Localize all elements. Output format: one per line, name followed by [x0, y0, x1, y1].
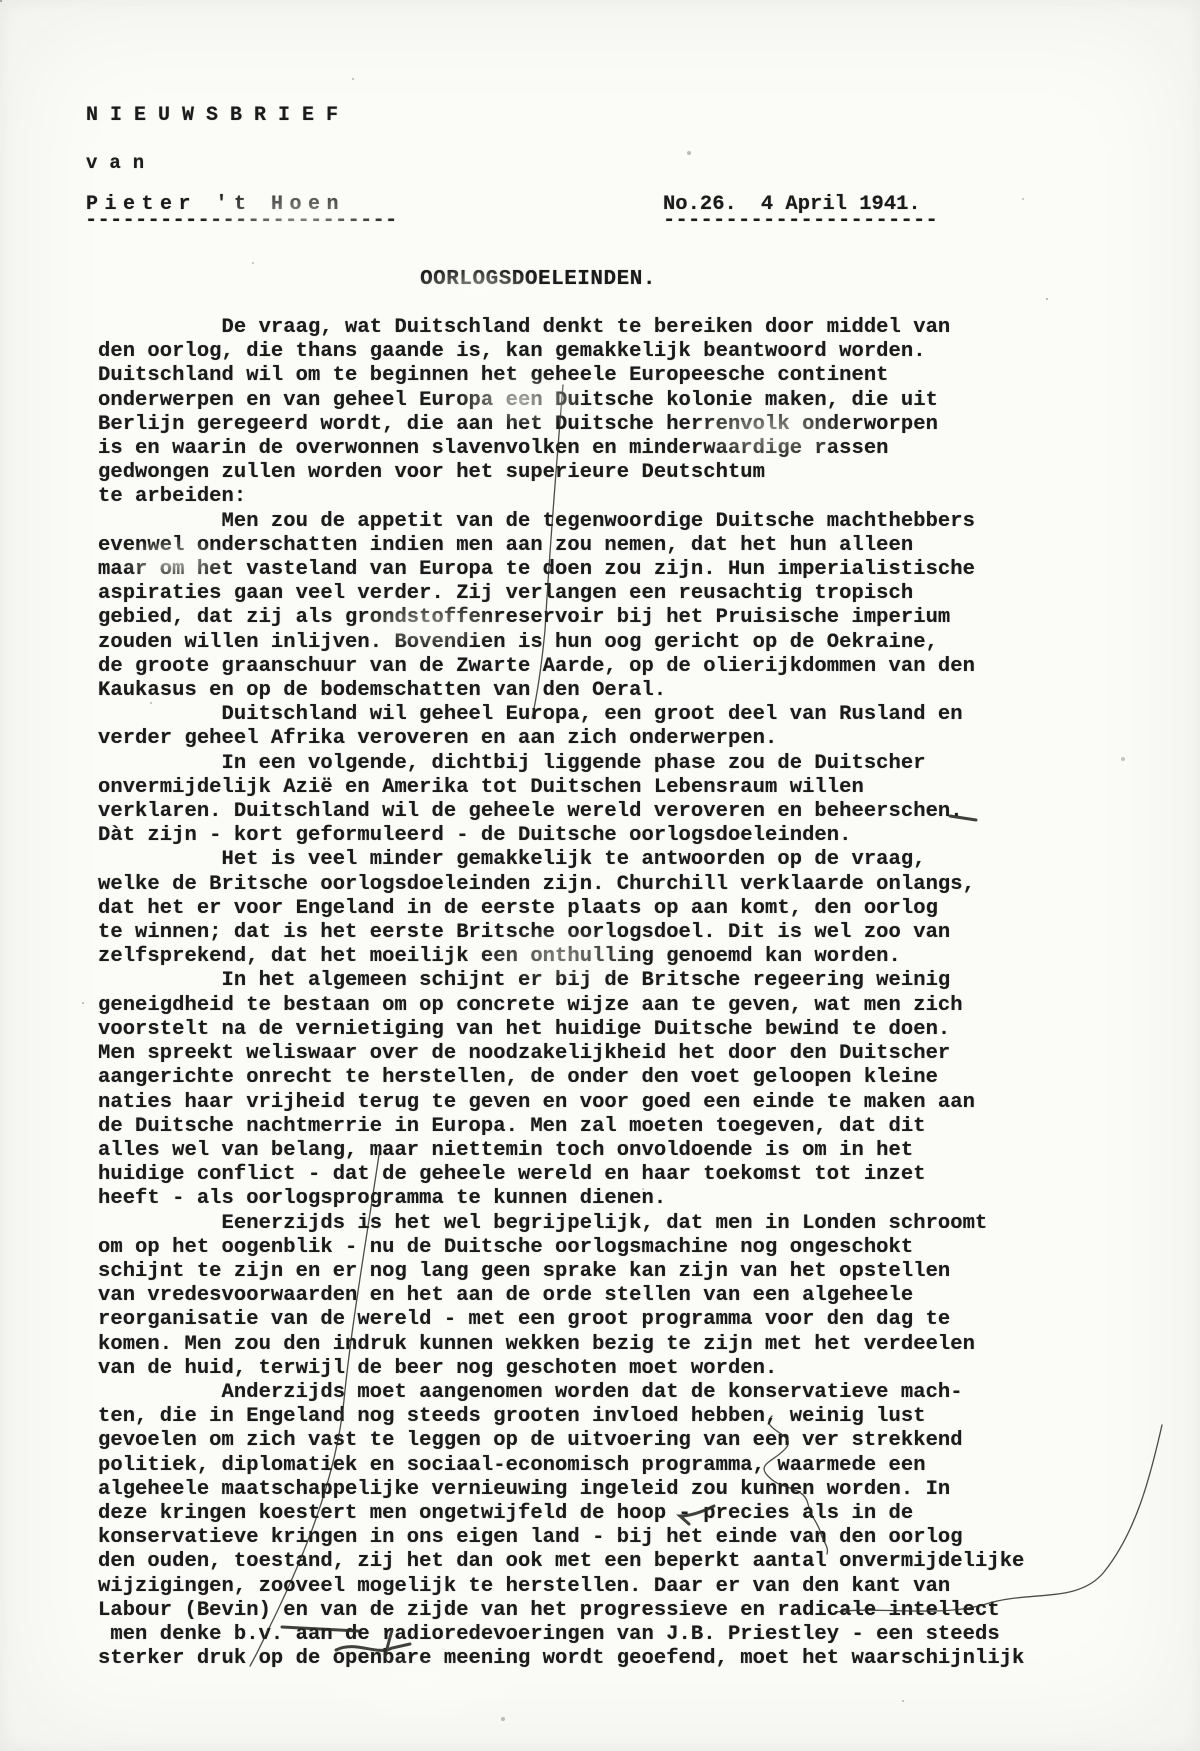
author-underline: -------------------------: [85, 209, 398, 232]
issue-underline: ----------------------: [663, 209, 938, 232]
article-title: OORLOGSDOELEINDEN.: [98, 268, 978, 291]
document-page: NIEUWSBRIEF van Pieter 't Hoen ---------…: [0, 0, 1200, 1751]
scan-speckles: [0, 0, 2, 2]
article-body: De vraag, wat Duitschland denkt te berei…: [98, 316, 1024, 1671]
masthead-title: NIEUWSBRIEF: [86, 104, 350, 127]
byline-prefix: van: [86, 152, 156, 174]
